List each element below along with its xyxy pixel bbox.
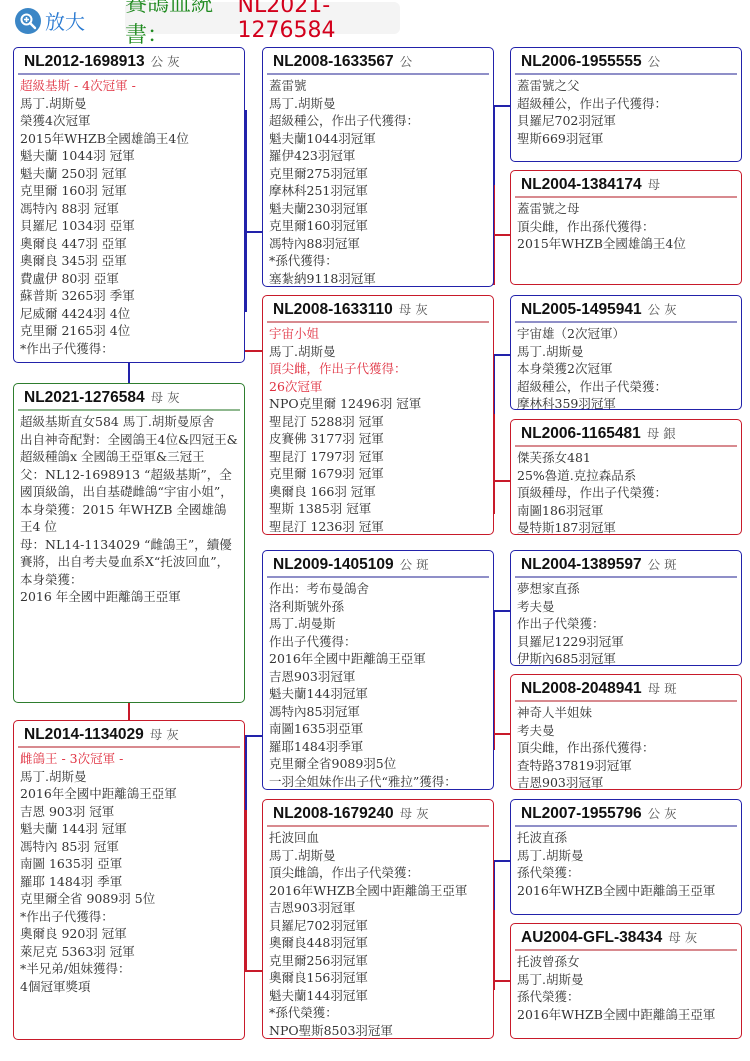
pedigree-line: 奧爾良448羽冠軍: [269, 934, 487, 952]
sex-color: 母 灰: [399, 300, 428, 318]
pedigree-line: 頂尖雌，作出子代獲得：: [269, 360, 487, 378]
pedigree-line: 母：NL14-1134029 “雌鴿王”，續優賽將，出自考夫曼血系X“托波回血”…: [20, 536, 238, 589]
pedigree-line: 貝羅尼702羽冠軍: [517, 112, 735, 130]
page-title-prefix: 賽鴿血統書：: [125, 0, 238, 49]
connector-line: [493, 234, 511, 236]
pedigree-line: 蘇普斯 3265羽 季軍: [20, 287, 238, 305]
pedigree-line: 雌鴿王 - 3次冠軍 -: [20, 750, 238, 768]
card-header: NL2004-1389597 公 斑: [515, 551, 737, 578]
ring-number: NL2008-1633110: [273, 301, 393, 319]
pedigree-line: 克里爾256羽冠軍: [269, 952, 487, 970]
pedigree-line: 奧爾良 447羽 亞軍: [20, 235, 238, 253]
pedigree-line: 超級基斯 - 4次冠軍 -: [20, 77, 238, 95]
pedigree-line: 馬丁.胡斯曼: [20, 768, 238, 786]
pedigree-line: 頂尖雌，作出孫代獲得：: [517, 218, 735, 236]
sex-color: 公: [400, 52, 413, 70]
pedigree-line: 貝羅尼702羽冠軍: [269, 917, 487, 935]
pedigree-line: 傑芙孫女481: [517, 449, 735, 467]
pedigree-line: 父：NL12-1698913 “超級基斯”，全國頂級鴿，出自基礎雌鴿“宇宙小姐”…: [20, 466, 238, 536]
ring-number: NL2004-1389597: [521, 556, 642, 574]
pedigree-line: 奧爾良 920羽 冠軍: [20, 925, 238, 943]
pedigree-line: 馬丁.胡斯曼: [517, 971, 735, 989]
connector-line: [493, 733, 511, 735]
pedigree-line: 2016年WHZB全國中距離鴿王亞軍: [517, 1006, 735, 1024]
pedigree-line: *孫代獲得：: [269, 252, 487, 270]
connector-line: [245, 231, 263, 233]
pedigree-line: 費盧伊 80羽 亞軍: [20, 270, 238, 288]
pedigree-line: 托波曾孫女: [517, 953, 735, 971]
sex-color: 公: [648, 52, 661, 70]
card-lines: 神奇人半姐妹考夫曼頂尖雌，作出孫代獲得：查特路37819羽冠軍吉恩903羽冠軍: [511, 702, 741, 790]
pedigree-line: 克里爾 160羽 冠軍: [20, 182, 238, 200]
pedigree-line: 2016年WHZB全國中距離鴿王亞軍: [517, 882, 735, 900]
pedigree-line: 托波直孫: [517, 829, 735, 847]
connector-line: [493, 105, 511, 107]
card-lines: 超級基斯直女584 馬丁.胡斯曼原舍出自神奇配對：全國鴿王4位&四冠王&超級種鴿…: [14, 411, 244, 606]
sex-color: 母 灰: [150, 725, 179, 743]
pedigree-line: 考夫曼: [517, 598, 735, 616]
ring-number: NL2008-1633567: [273, 53, 394, 71]
ring-number: NL2006-1955555: [521, 53, 642, 71]
ring-number: NL2004-1384174: [521, 176, 642, 194]
card-ss-dam[interactable]: NL2004-1384174 母 蓋雷號之母頂尖雌，作出孫代獲得：2015年WH…: [510, 170, 742, 285]
pedigree-line: 2016 年全國中距離鴿王亞軍: [20, 588, 238, 606]
card-ss-sire[interactable]: NL2006-1955555 公 蓋雷號之父超級種公，作出子代獲得：貝羅尼702…: [510, 47, 742, 162]
card-lines: 宇宙小姐馬丁.胡斯曼頂尖雌，作出子代獲得：26次冠軍NPO克里爾 12496羽 …: [263, 323, 493, 535]
pedigree-line: 南圖 1635羽 亞軍: [20, 855, 238, 873]
pedigree-line: 克里爾275羽冠軍: [269, 165, 487, 183]
pedigree-line: 查特路37819羽冠軍: [517, 757, 735, 775]
pedigree-line: *作出子代獲得：: [20, 340, 238, 358]
connector-line: [245, 110, 247, 312]
sex-color: 母 斑: [648, 679, 677, 697]
pedigree-line: 2015年WHZB全國雄鴿王4位: [517, 235, 735, 253]
pedigree-line: 聖昆汀 1797羽 冠軍: [269, 448, 487, 466]
pedigree-line: 克里爾全省 9089羽 5位: [20, 890, 238, 908]
pedigree-line: 奧爾良 345羽 亞軍: [20, 252, 238, 270]
card-sd-dam[interactable]: NL2006-1165481 母 銀 傑芙孫女48125%魯道.克拉森品系頂級種…: [510, 419, 742, 535]
pedigree-line: 聖斯669羽冠軍: [517, 130, 735, 148]
pedigree-line: 克里爾全省9089羽5位: [269, 755, 487, 773]
pedigree-line: 2016年WHZB全國中距離鴿王亞軍: [269, 882, 487, 900]
card-lines: 托波曾孫女馬丁.胡斯曼孫代榮獲：2016年WHZB全國中距離鴿王亞軍: [511, 951, 741, 1023]
pedigree-line: 貝羅尼 1034羽 亞軍: [20, 217, 238, 235]
pedigree-line: 魁夫蘭1044羽冠軍: [269, 130, 487, 148]
pedigree-line: 南圖1635羽亞軍: [269, 720, 487, 738]
card-lines: 超級基斯 - 4次冠軍 -馬丁.胡斯曼榮獲4次冠軍2015年WHZB全國雄鴿王4…: [14, 75, 244, 357]
pedigree-line: 孫代榮獲：: [517, 864, 735, 882]
pedigree-line: 克里爾160羽冠軍: [269, 217, 487, 235]
pedigree-line: 夢想家直孫: [517, 580, 735, 598]
pedigree-line: 2016年全國中距離鴿王亞軍: [269, 650, 487, 668]
pedigree-line: 洛利斯號外孫: [269, 598, 487, 616]
connector-line: [493, 860, 511, 862]
card-sire-dam[interactable]: NL2008-1633110 母 灰 宇宙小姐馬丁.胡斯曼頂尖雌，作出子代獲得：…: [262, 295, 494, 535]
sex-color: 公 灰: [151, 52, 180, 70]
pedigree-line: 宇宙雄（2次冠軍）: [517, 325, 735, 343]
pedigree-line: 聖昆汀 5288羽 冠軍: [269, 413, 487, 431]
sex-color: 母 銀: [647, 424, 676, 442]
pedigree-line: 神奇人半姐妹: [517, 704, 735, 722]
pedigree-line: 蓋雷號之母: [517, 200, 735, 218]
pedigree-line: 蓋雷號: [269, 77, 487, 95]
ring-number: NL2006-1165481: [521, 425, 641, 443]
card-lines: 托波回血馬丁.胡斯曼頂尖雌鴿，作出子代榮獲：2016年WHZB全國中距離鴿王亞軍…: [263, 827, 493, 1039]
card-header: NL2008-1633110 母 灰: [267, 296, 489, 323]
sex-color: 母 灰: [668, 928, 697, 946]
pedigree-line: 貝羅尼1229羽冠軍: [517, 633, 735, 651]
card-ds-sire[interactable]: NL2004-1389597 公 斑 夢想家直孫考夫曼作出子代榮獲：貝羅尼122…: [510, 550, 742, 666]
card-header: NL2007-1955796 公 灰: [515, 800, 737, 827]
card-dam[interactable]: NL2014-1134029 母 灰 雌鴿王 - 3次冠軍 -馬丁.胡斯曼201…: [13, 720, 245, 1040]
card-dam-sire[interactable]: NL2009-1405109 公 斑 作出：考布曼鴿舍洛利斯號外孫馬丁.胡曼斯作…: [262, 550, 494, 790]
pedigree-line: 超級種公，作出子代獲得：: [517, 95, 735, 113]
connector-line: [245, 735, 263, 737]
pedigree-line: 馬丁.胡斯曼: [269, 95, 487, 113]
pedigree-line: 考夫曼: [517, 722, 735, 740]
connector-line: [493, 354, 511, 356]
card-lines: 宇宙雄（2次冠軍）馬丁.胡斯曼本身榮獲2次冠軍超級種公，作出子代榮獲：摩林科35…: [511, 323, 741, 410]
pedigree-line: 馬丁.胡斯曼: [269, 847, 487, 865]
pedigree-line: *孫代榮獲：: [269, 1004, 487, 1022]
pedigree-line: 摩林科359羽冠軍: [517, 395, 735, 410]
card-header: NL2008-1679240 母 灰: [267, 800, 489, 827]
pedigree-line: 奧爾良156羽冠軍: [269, 969, 487, 987]
pedigree-line: 作出子代獲得：: [269, 633, 487, 651]
pedigree-line: 吉恩 903羽 冠軍: [20, 803, 238, 821]
card-lines: 蓋雷號之母頂尖雌，作出孫代獲得：2015年WHZB全國雄鴿王4位: [511, 198, 741, 253]
page-title-ring-id: NL2021-1276584: [238, 0, 400, 43]
pedigree-line: 作出：考布曼鴿舍: [269, 580, 487, 598]
pedigree-line: 超級種公，作出子代榮獲：: [517, 378, 735, 396]
connector-line: [493, 610, 511, 612]
pedigree-line: 作出子代榮獲：: [517, 615, 735, 633]
pedigree-line: 魁夫蘭144羽冠軍: [269, 685, 487, 703]
pedigree-line: 吉恩903羽冠軍: [517, 774, 735, 790]
pedigree-line: 馮特內 85羽 冠軍: [20, 838, 238, 856]
card-lines: 夢想家直孫考夫曼作出子代榮獲：貝羅尼1229羽冠軍伊斯內685羽冠軍: [511, 578, 741, 666]
pedigree-line: *半兄弟/姐妹獲得：: [20, 960, 238, 978]
pedigree-line: 魁夫蘭144羽冠軍: [269, 987, 487, 1005]
pedigree-line: *作出子代獲得：: [20, 908, 238, 926]
card-header: NL2006-1955555 公: [515, 48, 737, 75]
pedigree-line: 馬丁.胡斯曼: [20, 95, 238, 113]
card-header: NL2009-1405109 公 斑: [267, 551, 489, 578]
card-dd-sire[interactable]: NL2007-1955796 公 灰 托波直孫馬丁.胡斯曼孫代榮獲：2016年W…: [510, 799, 742, 915]
zoom-in-icon: [15, 8, 41, 34]
ring-number: NL2014-1134029: [24, 726, 144, 744]
pedigree-line: 克里爾 2165羽 4位: [20, 322, 238, 340]
card-lines: 蓋雷號馬丁.胡斯曼超級種公，作出子代獲得：魁夫蘭1044羽冠軍羅伊423羽冠軍克…: [263, 75, 493, 287]
pedigree-line: 皮賽佛 3177羽 冠軍: [269, 430, 487, 448]
ring-number: NL2008-2048941: [521, 680, 642, 698]
pedigree-line: 宇宙小姐: [269, 325, 487, 343]
ring-number: AU2004-GFL-38434: [521, 929, 662, 947]
pedigree-line: 馮特內85羽冠軍: [269, 703, 487, 721]
pedigree-line: 26次冠軍: [269, 378, 487, 396]
ring-number: NL2021-1276584: [24, 389, 145, 407]
pedigree-line: NPO克里爾 12496羽 冠軍: [269, 395, 487, 413]
card-ds-dam[interactable]: NL2008-2048941 母 斑 神奇人半姐妹考夫曼頂尖雌，作出孫代獲得：查…: [510, 674, 742, 790]
card-dd-dam[interactable]: AU2004-GFL-38434 母 灰 托波曾孫女馬丁.胡斯曼孫代榮獲：201…: [510, 923, 742, 1039]
card-lines: 作出：考布曼鴿舍洛利斯號外孫馬丁.胡曼斯作出子代獲得：2016年全國中距離鴿王亞…: [263, 578, 493, 790]
sex-color: 母 灰: [151, 388, 180, 406]
pedigree-line: 吉恩903羽冠軍: [269, 668, 487, 686]
pedigree-line: 萊尼克 5363羽 冠軍: [20, 943, 238, 961]
card-lines: 托波直孫馬丁.胡斯曼孫代榮獲：2016年WHZB全國中距離鴿王亞軍: [511, 827, 741, 899]
pedigree-line: 魁夫蘭 144羽 冠軍: [20, 820, 238, 838]
zoom-label: 放大: [45, 6, 85, 35]
pedigree-line: 4個冠軍獎項: [20, 978, 238, 996]
pedigree-line: 南圖186羽冠軍: [517, 502, 735, 520]
pedigree-line: 曼特斯187羽冠軍: [517, 519, 735, 535]
pedigree-line: 馬丁.胡斯曼: [269, 343, 487, 361]
zoom-button[interactable]: 放大: [15, 6, 85, 35]
pedigree-line: 吉恩903羽冠軍: [269, 899, 487, 917]
pedigree-line: 伊斯內685羽冠軍: [517, 650, 735, 666]
card-lines: 蓋雷號之父超級種公，作出子代獲得：貝羅尼702羽冠軍聖斯669羽冠軍: [511, 75, 741, 147]
card-header: NL2014-1134029 母 灰: [18, 721, 240, 748]
pedigree-line: 羅伊423羽冠軍: [269, 147, 487, 165]
pedigree-line: 克里爾 1679羽 冠軍: [269, 465, 487, 483]
connector-line: [245, 970, 263, 972]
pedigree-line: 蓋雷號之父: [517, 77, 735, 95]
connector-line: [245, 735, 247, 810]
card-sd-sire[interactable]: NL2005-1495941 公 灰 宇宙雄（2次冠軍）馬丁.胡斯曼本身榮獲2次…: [510, 295, 742, 410]
ring-number: NL2008-1679240: [273, 805, 394, 823]
pedigree-line: 聖昆汀 1236羽 冠軍: [269, 518, 487, 536]
card-dam-dam[interactable]: NL2008-1679240 母 灰 托波回血馬丁.胡斯曼頂尖雌鴿，作出子代榮獲…: [262, 799, 494, 1039]
header-bar: 放大 賽鴿血統書： NL2021-1276584: [0, 0, 750, 42]
pedigree-line: 馬丁.胡曼斯: [269, 615, 487, 633]
pedigree-line: 頂尖雌，作出孫代獲得：: [517, 739, 735, 757]
pedigree-line: 魁夫蘭 1044羽 冠軍: [20, 147, 238, 165]
pedigree-line: 塞紮納9118羽冠軍: [269, 270, 487, 288]
pedigree-line: 頂級種母，作出子代榮獲：: [517, 484, 735, 502]
pedigree-line: 超級基斯直女584 馬丁.胡斯曼原舍: [20, 413, 238, 431]
pedigree-line: 25%魯道.克拉森品系: [517, 467, 735, 485]
pedigree-line: 榮獲4次冠軍: [20, 112, 238, 130]
pedigree-line: 出自神奇配對：全國鴿王4位&四冠王&超級種鴿x 全國鴿王亞軍&三冠王: [20, 431, 238, 466]
pedigree-line: 托波回血: [269, 829, 487, 847]
pedigree-line: 聖斯 1385羽 冠軍: [269, 500, 487, 518]
ring-number: NL2005-1495941: [521, 301, 642, 319]
pedigree-line: 魁夫蘭 250羽 冠軍: [20, 165, 238, 183]
pedigree-line: 2015年WHZB全國雄鴿王4位: [20, 130, 238, 148]
page-title: 賽鴿血統書： NL2021-1276584: [125, 2, 400, 34]
pedigree-line: 一羽全姐妹作出子代“雅拉”獲得：: [269, 773, 487, 791]
card-header: AU2004-GFL-38434 母 灰: [515, 924, 737, 951]
pedigree-line: 羅耶 1484羽 季軍: [20, 873, 238, 891]
ring-number: NL2007-1955796: [521, 805, 642, 823]
connector-line: [245, 810, 247, 970]
card-subject[interactable]: NL2021-1276584 母 灰 超級基斯直女584 馬丁.胡斯曼原舍出自神…: [13, 383, 245, 703]
card-lines: 傑芙孫女48125%魯道.克拉森品系頂級種母，作出子代榮獲：南圖186羽冠軍曼特…: [511, 447, 741, 535]
pedigree-line: 馮特內88羽冠軍: [269, 235, 487, 253]
card-header: NL2004-1384174 母: [515, 171, 737, 198]
connector-line: [128, 702, 130, 720]
card-lines: 雌鴿王 - 3次冠軍 -馬丁.胡斯曼2016年全國中距離鴿王亞軍吉恩 903羽 …: [14, 748, 244, 995]
card-header: NL2008-2048941 母 斑: [515, 675, 737, 702]
pedigree-line: 魁夫蘭230羽冠軍: [269, 200, 487, 218]
card-header: NL2008-1633567 公: [267, 48, 489, 75]
card-header: NL2006-1165481 母 銀: [515, 420, 737, 447]
connector-line: [128, 362, 130, 384]
sex-color: 公 斑: [648, 555, 677, 573]
pedigree-line: 孫代榮獲：: [517, 988, 735, 1006]
pedigree-line: NPO聖斯8503羽冠軍: [269, 1022, 487, 1040]
sex-color: 母 灰: [400, 804, 429, 822]
pedigree-line: 奧爾良 166羽 冠軍: [269, 483, 487, 501]
card-sire-sire[interactable]: NL2008-1633567 公 蓋雷號馬丁.胡斯曼超級種公，作出子代獲得：魁夫…: [262, 47, 494, 287]
connector-line: [493, 480, 511, 482]
card-header: NL2012-1698913 公 灰: [18, 48, 240, 75]
ring-number: NL2009-1405109: [273, 556, 394, 574]
pedigree-line: 2016年全國中距離鴿王亞軍: [20, 785, 238, 803]
pedigree-line: 摩林科251羽冠軍: [269, 182, 487, 200]
sex-color: 公 斑: [400, 555, 429, 573]
pedigree-line: 馬丁.胡斯曼: [517, 847, 735, 865]
sex-color: 公 灰: [648, 300, 677, 318]
connector-line: [245, 350, 263, 352]
connector-line: [493, 980, 511, 982]
ring-number: NL2012-1698913: [24, 53, 145, 71]
pedigree-line: 超級種公，作出子代獲得：: [269, 112, 487, 130]
sex-color: 公 灰: [648, 804, 677, 822]
pedigree-line: 馮特內 88羽 冠軍: [20, 200, 238, 218]
card-header: NL2005-1495941 公 灰: [515, 296, 737, 323]
card-sire[interactable]: NL2012-1698913 公 灰 超級基斯 - 4次冠軍 -馬丁.胡斯曼榮獲…: [13, 47, 245, 363]
sex-color: 母: [648, 175, 661, 193]
pedigree-line: 頂尖雌鴿，作出子代榮獲：: [269, 864, 487, 882]
pedigree-line: 羅耶1484羽季軍: [269, 738, 487, 756]
pedigree-line: 馬丁.胡斯曼: [517, 343, 735, 361]
pedigree-line: 尼威爾 4424羽 4位: [20, 305, 238, 323]
card-header: NL2021-1276584 母 灰: [18, 384, 240, 411]
pedigree-line: 本身榮獲2次冠軍: [517, 360, 735, 378]
